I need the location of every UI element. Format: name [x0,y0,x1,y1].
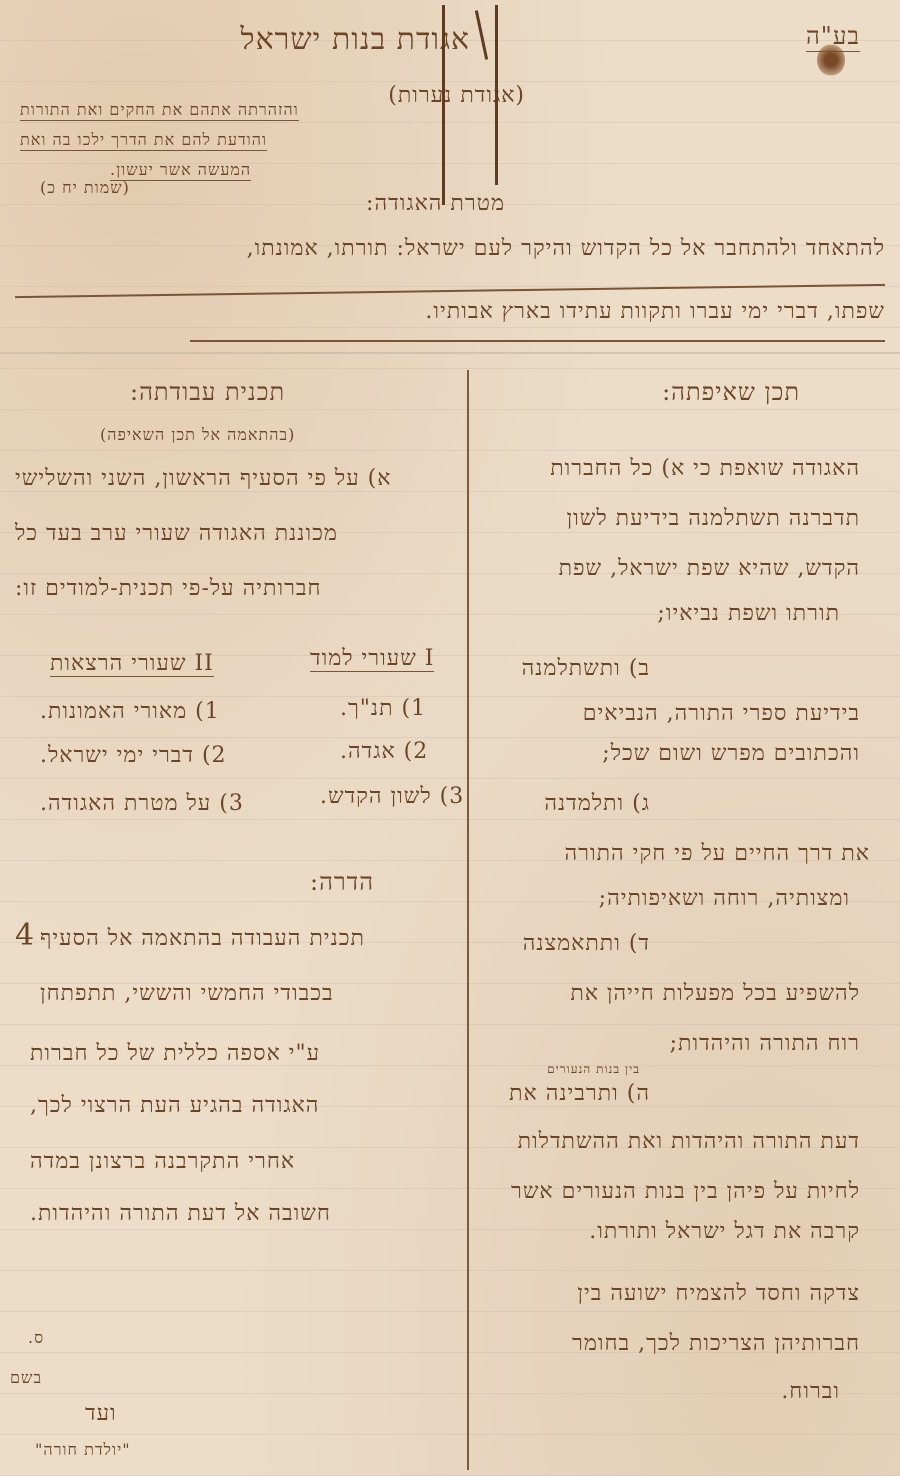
section-2-line-1: תכנית העבודה בהתאמה אל הסעיף [40,925,365,951]
ink-stain [817,44,845,76]
margin-note: בין בנות הנעורים [547,1062,640,1077]
document-title: אגודת בנות ישראל [241,22,470,57]
section-2-heading: הדרה: [310,868,374,897]
section-2-line-5: אחרי התקרבנה ברצונן במדה [30,1148,295,1174]
epigraph-line-2: והודעת להם את הדרך ילכו בה ואת [20,130,267,151]
right-intro-1: האגודה שואפת כי א) כל החברות [550,455,860,481]
list-2-item-3: 3) על מטרת האגודה. [40,790,244,816]
section-2-line-4: האגודה בהגיע העת הרצוי לכך, [30,1092,319,1118]
bracket-line-right [495,5,498,185]
right-column-heading: תכן שאיפתה: [662,378,800,407]
mission-line-2: שפתו, דברי ימי עברו ותקוות עתידו בארץ אב… [425,298,885,324]
column-divider [467,370,469,1470]
margin-number: 4 [15,918,35,953]
list-2-heading: II שעורי הרצאות [50,650,214,677]
list-1-item-1: 1) תנ"ך. [340,695,426,721]
section-b-line-1: בידיעת ספרי התורה, הנביאים [583,700,860,726]
document-subtitle: (אגודת נערות) [388,82,525,108]
section-2-line-6: חשובה אל דעת התורה והיהדות. [30,1200,331,1226]
mission-underline [15,284,885,298]
ink-stroke [475,10,488,60]
signature-line-1: בשם [10,1368,42,1388]
section-h-marker: ה) ותרבינה את [509,1080,650,1106]
right-intro-4: תורתו ושפת נביאיו; [657,600,840,626]
section-g-line-1: את דרך החיים על פי חקי התורה [565,840,870,866]
section-g-marker: ג) ותלמדנה [544,790,650,816]
right-intro-2: תדברנה תשתלמנה בידיעת לשון [567,505,860,531]
signature-mark: ס. [28,1328,44,1348]
epigraph-line-3: המעשה אשר יעשון. [110,160,251,181]
section-h-line-3: קרבה את דגל ישראל ותורתו. [589,1218,860,1244]
mission-line-1: להתאחד ולהתחבר אל כל הקדוש והיקר לעם ישר… [247,235,885,261]
epigraph-line-1: והזהרתה אתהם את החקים ואת התורות [20,100,299,121]
list-2-item-1: 1) מאורי האמונות. [40,698,220,724]
manuscript-page: בע"ה אגודת בנות ישראל (אגודת נערות) מטרת… [0,0,900,1476]
bracket-line-left [442,5,445,205]
section-2-line-2: בכבודי החמשי והששי, תתפתחן [40,980,334,1006]
left-column-subheading: (בהתאמה אל תכן השאיפה) [100,425,295,445]
section-b-marker: ב) ותשתלמנה [522,655,650,681]
paper-fold [0,352,900,354]
left-column-heading: תכנית עבודתה: [130,378,285,407]
section-d-line-2: רוח התורה והיהדות; [670,1030,860,1056]
mission-underline-2 [190,340,885,342]
section-b-line-2: והכתובים מפרש ושום שכל; [602,740,860,766]
list-1-item-2: 2) אגדה. [340,738,428,764]
signature-line-2: ועד [85,1400,117,1426]
section-g-line-2: ומצותיה, רוחה ושאיפותיה; [599,885,850,911]
section-h-line-1: דעת התורה והיהדות ואת ההשתדלות [518,1128,860,1154]
section-h-line-7: וברוח. [781,1378,840,1404]
section-d-line-1: להשפיע בכל מפעלות חייהן את [570,980,860,1006]
section-2-line-3: ע"י אספה כללית של כל חברות [30,1040,320,1066]
epigraph-source: (שמות יח כ) [40,178,130,198]
purpose-label: מטרת האגודה: [366,190,505,216]
section-d-marker: ד) ותתאמצנה [523,930,650,956]
section-h-line-2: לחיות על פיהן בין בנות הנעורים אשר [511,1178,860,1204]
list-1-heading: I שעורי למוד [310,645,434,672]
left-intro-1: א) על פי הסעיף הראשון, השני והשלישי [15,465,391,491]
signature-line-3: "יולדת חורה" [35,1440,131,1460]
left-intro-3: חברותיה על-פי תכנית-למודים זו: [15,575,322,601]
left-intro-2: מכוננת האגודה שעורי ערב בעד כל [15,520,338,546]
list-1-item-3: 3) לשון הקדש. [320,783,464,809]
section-h-line-6: חברותיהן הצריכות לכך, בחומר [572,1330,860,1356]
section-h-line-5: צדקה וחסד להצמיח ישועה בין [577,1280,860,1306]
right-intro-3: הקדש, שהיא שפת ישראל, שפת [559,555,860,581]
list-2-item-2: 2) דברי ימי ישראל. [40,742,227,768]
